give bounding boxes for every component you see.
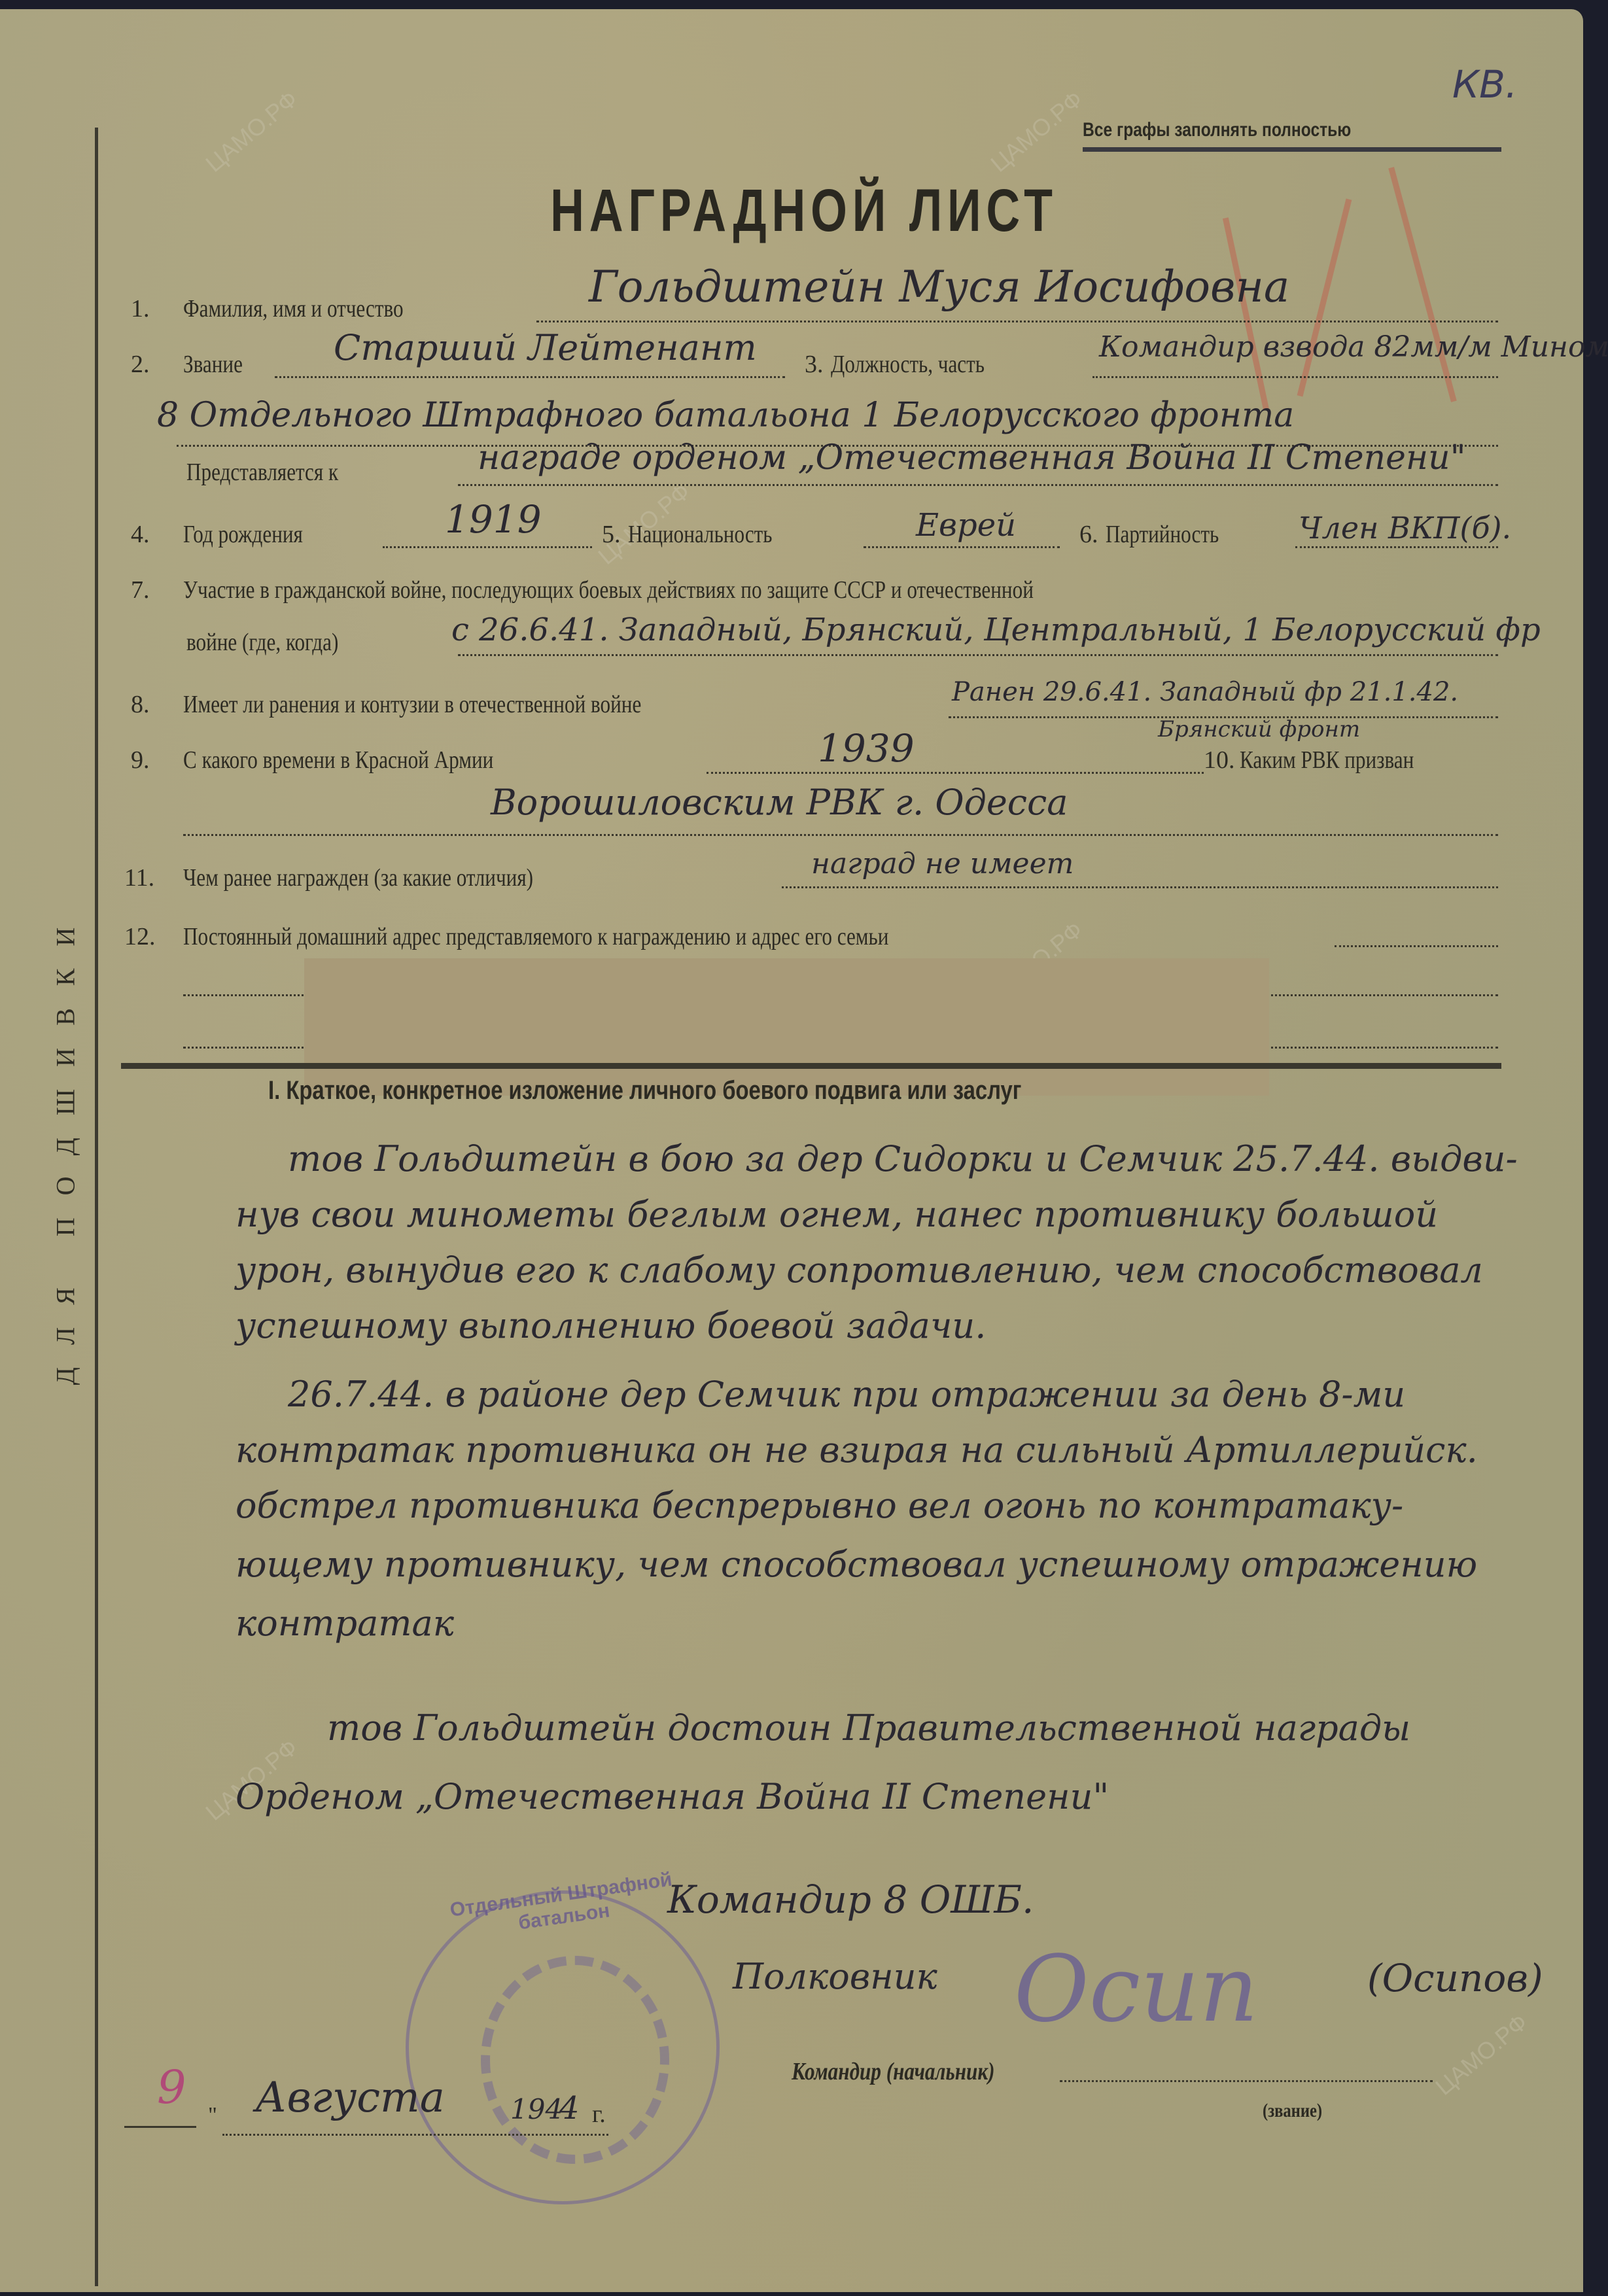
fill-instruction: Все графы заполнять полностью xyxy=(1083,119,1351,141)
field-number: 11. xyxy=(124,863,154,892)
field-label-presented-to: Представляется к xyxy=(186,458,338,487)
signer-rank: Полковник xyxy=(733,1956,937,1997)
field-value-award: награде орденом „Отечественная Война II … xyxy=(478,438,1466,478)
field-value-prior-awards: наград не имеет xyxy=(811,847,1074,880)
date-year-prefix: 194 xyxy=(510,2093,563,2125)
field-value-birth-year: 1919 xyxy=(445,497,542,542)
field-label-birth-year: Год рождения xyxy=(183,520,303,549)
signer-position: Командир 8 ОШБ. xyxy=(667,1877,1034,1922)
field-label-home-address: Постоянный домашний адрес представляемог… xyxy=(183,922,888,951)
field-value-position: Командир взвода 82мм/м Миноме xyxy=(1099,330,1608,364)
document-title: НАГРАДНОЙ ЛИСТ xyxy=(177,177,1431,245)
date-month: Августа xyxy=(255,2074,445,2122)
commander-label: Командир (начальник) xyxy=(792,2057,995,2086)
narrative-line: успешному выполнению боевой задачи. xyxy=(236,1305,986,1346)
field-label-war-participation-cont: войне (где, когда) xyxy=(186,628,338,657)
field-label-nationality: Национальность xyxy=(628,520,773,549)
date-year-suffix: г. xyxy=(592,2100,606,2129)
signer-name: (Осипов) xyxy=(1367,1956,1543,2000)
date-day: 9 xyxy=(157,2061,186,2114)
field-label-rank: Звание xyxy=(183,350,243,379)
field-number: 5. xyxy=(602,520,621,549)
narrative-line: нув свои минометы беглым огнем, нанес пр… xyxy=(236,1194,1438,1235)
field-label-wounds: Имеет ли ранения и контузии в отечествен… xyxy=(183,690,641,719)
recommendation-line: Орденом „Отечественная Война II Степени" xyxy=(236,1776,1109,1817)
field-value-army-since: 1939 xyxy=(818,726,915,771)
field-number: 3. xyxy=(805,350,824,379)
date-year-digit: 4 xyxy=(559,2090,580,2127)
corner-mark: КВ. xyxy=(1452,62,1517,107)
field-label-war-participation: Участие в гражданской войне, последующих… xyxy=(183,576,1034,604)
field-value-wounds-front: Брянский фронт xyxy=(1158,716,1360,742)
field-number: 6. xyxy=(1079,520,1098,549)
field-value-party: Член ВКП(б). xyxy=(1299,510,1511,546)
field-value-unit: 8 Отдельного Штрафного батальона 1 Белор… xyxy=(157,396,1294,435)
field-value-nationality: Еврей xyxy=(916,507,1016,544)
field-label-full-name: Фамилия, имя и отчество xyxy=(183,294,404,323)
date-quote: " xyxy=(208,2103,217,2128)
field-number: 2. xyxy=(131,350,150,379)
field-label-prior-awards: Чем ранее награжден (за какие отличия) xyxy=(183,863,533,892)
stamp-emblem xyxy=(481,1956,669,2164)
binding-margin-label: ДЛЯ ПОДШИВКИ xyxy=(46,628,85,1661)
field-label-party: Партийность xyxy=(1106,520,1219,549)
handwritten-signature: Осип xyxy=(1014,1936,1259,2043)
field-value-war-participation: с 26.6.41. Западный, Брянский, Центральн… xyxy=(451,612,1541,648)
field-number: 4. xyxy=(131,520,150,549)
field-value-wounds: Ранен 29.6.41. Западный фр 21.1.42. xyxy=(952,677,1458,707)
instruction-underline xyxy=(1083,147,1501,152)
field-value-rank: Старший Лейтенант xyxy=(334,327,757,368)
field-number: 9. xyxy=(131,746,150,774)
redacted-address xyxy=(304,958,1269,1096)
rank-caption: (звание) xyxy=(1263,2100,1322,2122)
narrative-line: 26.7.44. в районе дер Семчик при отражен… xyxy=(288,1374,1405,1415)
field-label-draft-office: Каким РВК призван xyxy=(1240,746,1414,774)
narrative-line: обстрел противника беспрерывно вел огонь… xyxy=(236,1485,1403,1526)
narrative-line: контратак противника он не взирая на сил… xyxy=(236,1429,1478,1470)
narrative-line: ющему противнику, чем способствовал успе… xyxy=(236,1544,1477,1585)
narrative-line: тов Гольдштейн в бою за дер Сидорки и Се… xyxy=(288,1138,1518,1179)
field-value-draft-office: Ворошиловским РВК г. Одесса xyxy=(491,782,1068,823)
narrative-line: контратак xyxy=(236,1603,454,1644)
section-heading: I. Краткое, конкретное изложение личного… xyxy=(268,1076,1021,1105)
field-number: 12. xyxy=(124,922,156,951)
field-number: 8. xyxy=(131,690,150,719)
field-label-position: Должность, часть xyxy=(831,350,985,379)
narrative-line: урон, вынудив его к слабому сопротивлени… xyxy=(236,1249,1483,1291)
section-divider xyxy=(121,1063,1501,1069)
field-value-full-name: Гольдштейн Муся Иосифовна xyxy=(589,262,1289,312)
field-label-army-since: С какого времени в Красной Армии xyxy=(183,746,493,774)
field-number: 1. xyxy=(131,294,150,323)
recommendation-line: тов Гольдштейн достоин Правительственной… xyxy=(327,1707,1410,1748)
binding-margin-line xyxy=(95,128,98,2286)
field-number: 7. xyxy=(131,576,150,604)
field-number: 10. xyxy=(1204,746,1235,774)
